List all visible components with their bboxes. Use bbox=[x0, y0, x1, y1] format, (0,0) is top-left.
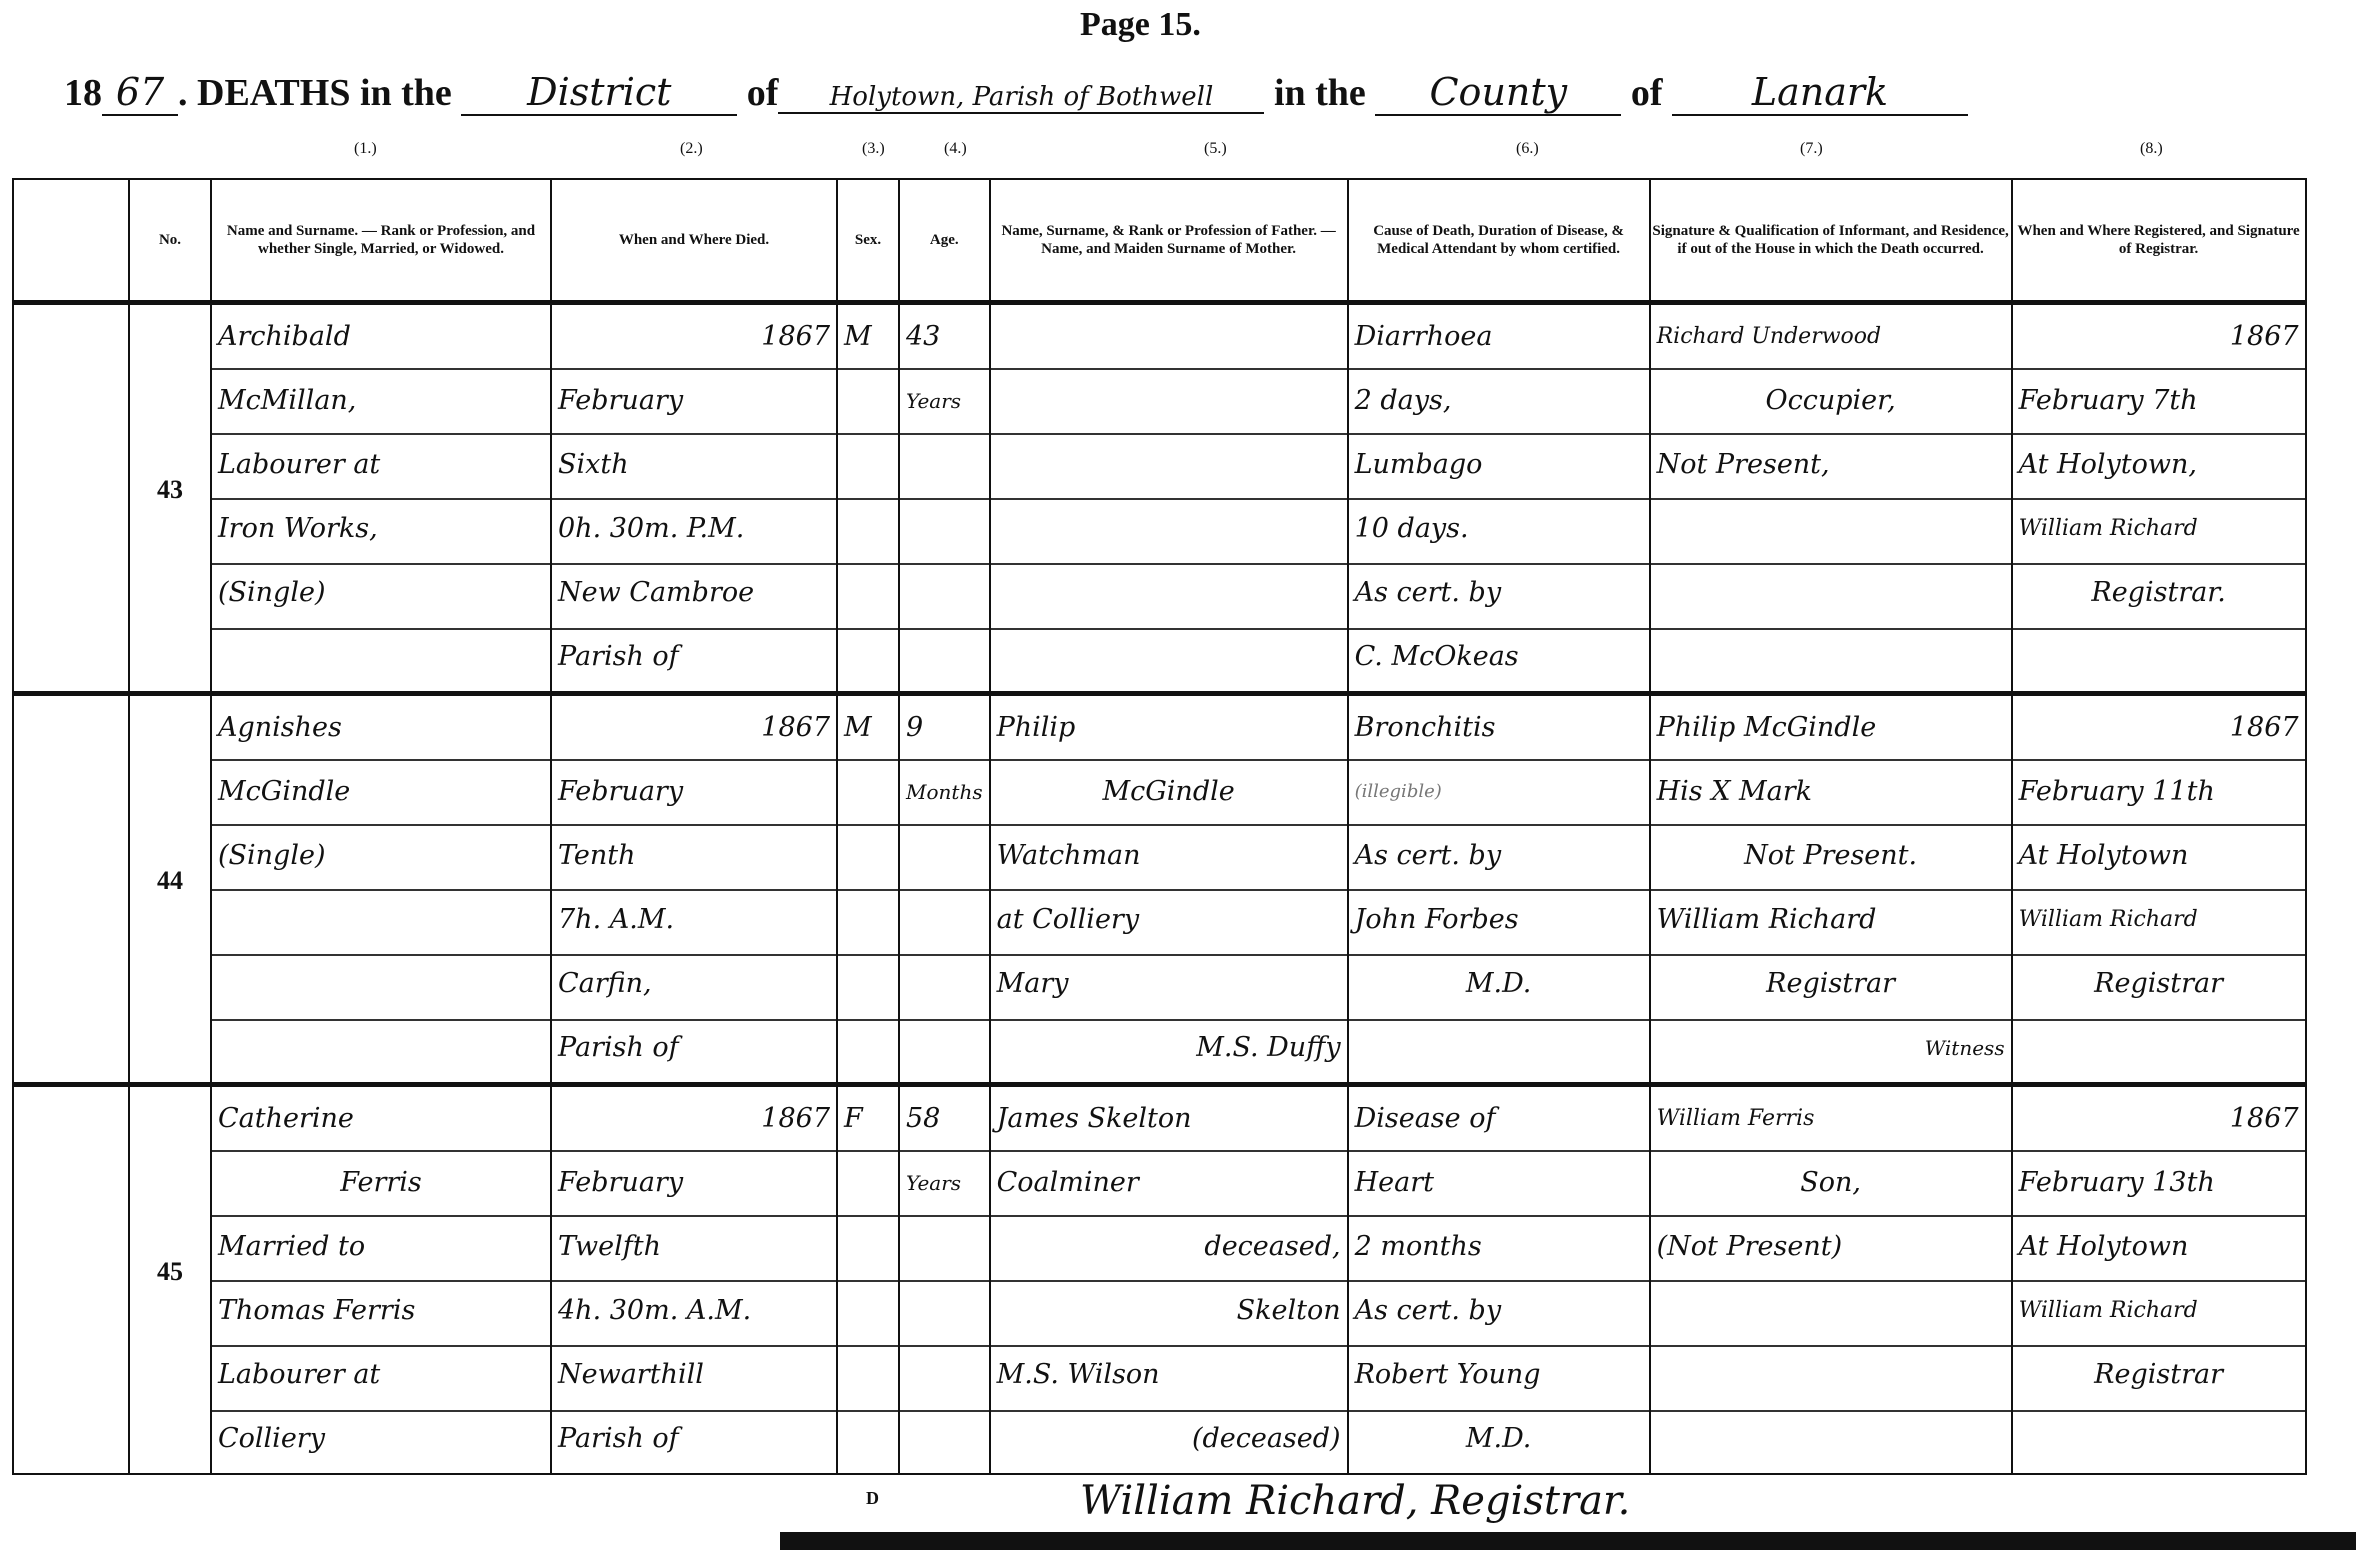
entry-when-where: 1867FebruaryTenth7h. A.M.Carfin,Parish o… bbox=[551, 694, 837, 1085]
entry-parents: PhilipMcGindleWatchmanat CollieryMaryM.S… bbox=[990, 694, 1348, 1085]
entry-informant: Richard UnderwoodOccupier,Not Present, bbox=[1650, 303, 2012, 694]
entry-cause: Bronchitis(illegible)As cert. byJohn For… bbox=[1348, 694, 1650, 1085]
margin-cell bbox=[13, 303, 129, 694]
column-number: (5.) bbox=[1204, 140, 1227, 158]
margin-header bbox=[13, 179, 129, 303]
entry-sex: M bbox=[837, 303, 899, 694]
table-row: 43 ArchibaldMcMillan,Labourer atIron Wor… bbox=[13, 303, 2306, 694]
page-label: Page 15. bbox=[1080, 6, 1201, 44]
header-when-where: When and Where Died. bbox=[551, 179, 837, 303]
entry-registered: 1867February 11thAt HolytownWilliam Rich… bbox=[2012, 694, 2306, 1085]
entry-name: CatherineFerrisMarried toThomas FerrisLa… bbox=[211, 1085, 551, 1475]
header-name: Name and Surname. — Rank or Profession, … bbox=[211, 179, 551, 303]
column-number: (8.) bbox=[2140, 140, 2163, 158]
of-label-1: of bbox=[747, 72, 779, 114]
of-label-2: of bbox=[1631, 72, 1663, 114]
sheet-letter: D bbox=[866, 1488, 879, 1509]
deaths-in-the-label: DEATHS in the bbox=[197, 72, 452, 114]
entry-name: ArchibaldMcMillan,Labourer atIron Works,… bbox=[211, 303, 551, 694]
header-registered: When and Where Registered, and Signature… bbox=[2012, 179, 2306, 303]
entry-informant: Philip McGindleHis X MarkNot Present.Wil… bbox=[1650, 694, 2012, 1085]
registrar-signature: William Richard, Registrar. bbox=[1080, 1478, 1630, 1524]
entry-name: AgnishesMcGindle(Single) bbox=[211, 694, 551, 1085]
column-number: (6.) bbox=[1516, 140, 1539, 158]
margin-cell bbox=[13, 1085, 129, 1475]
column-number: (1.) bbox=[354, 140, 377, 158]
header-age: Age. bbox=[899, 179, 990, 303]
entry-number: 44 bbox=[129, 694, 211, 1085]
entry-when-where: 1867FebruaryTwelfth4h. 30m. A.M.Newarthi… bbox=[551, 1085, 837, 1475]
entry-number: 43 bbox=[129, 303, 211, 694]
table-row: 44 AgnishesMcGindle(Single) 1867February… bbox=[13, 694, 2306, 1085]
county-type: County bbox=[1375, 70, 1621, 116]
table-row: 45 CatherineFerrisMarried toThomas Ferri… bbox=[13, 1085, 2306, 1475]
register-title: 1867. DEATHS in the District ofHolytown,… bbox=[64, 70, 1968, 116]
entry-registered: 1867February 7thAt Holytown,William Rich… bbox=[2012, 303, 2306, 694]
entry-registered: 1867February 13thAt HolytownWilliam Rich… bbox=[2012, 1085, 2306, 1475]
entry-parents: James SkeltonCoalminerdeceased,SkeltonM.… bbox=[990, 1085, 1348, 1475]
margin-cell bbox=[13, 694, 129, 1085]
deaths-register-table: No. Name and Surname. — Rank or Professi… bbox=[12, 178, 2307, 1475]
entry-informant: William FerrisSon,(Not Present) bbox=[1650, 1085, 2012, 1475]
header-no: No. bbox=[129, 179, 211, 303]
year-suffix: 67 bbox=[102, 70, 178, 116]
county-name: Lanark bbox=[1672, 70, 1968, 116]
entry-age: 43Years bbox=[899, 303, 990, 694]
year-prefix: 18 bbox=[64, 72, 102, 114]
header-informant: Signature & Qualification of Informant, … bbox=[1650, 179, 2012, 303]
column-numbers: (1.) (2.) (3.) (4.) (5.) (6.) (7.) (8.) bbox=[0, 140, 2356, 164]
entry-age: 58Years bbox=[899, 1085, 990, 1475]
column-number: (7.) bbox=[1800, 140, 1823, 158]
entry-cause: Diarrhoea2 days,Lumbago10 days.As cert. … bbox=[1348, 303, 1650, 694]
scan-edge bbox=[780, 1532, 2356, 1550]
header-cause: Cause of Death, Duration of Disease, & M… bbox=[1348, 179, 1650, 303]
column-number: (4.) bbox=[944, 140, 967, 158]
entry-when-where: 1867FebruarySixth0h. 30m. P.M.New Cambro… bbox=[551, 303, 837, 694]
header-parents: Name, Surname, & Rank or Profession of F… bbox=[990, 179, 1348, 303]
entry-sex: M bbox=[837, 694, 899, 1085]
entry-parents bbox=[990, 303, 1348, 694]
district-name: Holytown, Parish of Bothwell bbox=[778, 82, 1264, 114]
header-sex: Sex. bbox=[837, 179, 899, 303]
header-row: No. Name and Surname. — Rank or Professi… bbox=[13, 179, 2306, 303]
in-the-label: in the bbox=[1274, 72, 1366, 114]
column-number: (3.) bbox=[862, 140, 885, 158]
column-number: (2.) bbox=[680, 140, 703, 158]
entry-age: 9Months bbox=[899, 694, 990, 1085]
entry-number: 45 bbox=[129, 1085, 211, 1475]
entry-cause: Disease ofHeart2 monthsAs cert. byRobert… bbox=[1348, 1085, 1650, 1475]
district-type: District bbox=[461, 70, 737, 116]
entry-sex: F bbox=[837, 1085, 899, 1475]
